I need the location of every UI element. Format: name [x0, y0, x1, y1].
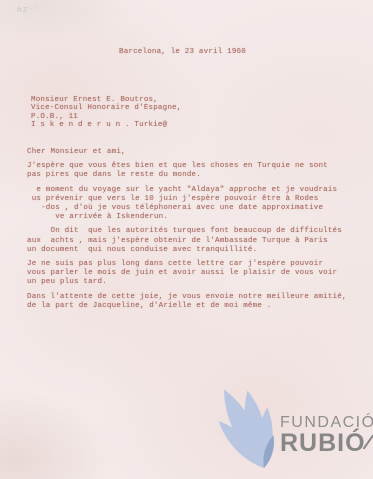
letter-date: Barcelona, le 23 avril 1960 — [119, 48, 246, 57]
letter-line: un document qui nous conduise avec tranq… — [27, 246, 357, 255]
letter-line: un peu plus tard. — [27, 278, 357, 287]
letter-line: de la part de Jacqueline, d'Arielle et d… — [27, 302, 357, 311]
rubio-o-slash-decoration — [362, 435, 373, 450]
letter-line: us prévenir que vers le 10 juin j'espère… — [27, 195, 357, 204]
watermark-text: FUNDACIÓ RUBIÓ — [280, 415, 373, 455]
recipient-address-block: Monsieur Ernest E. Boutros, Vice-Consul … — [31, 96, 181, 130]
letter-line: Dans l'attente de cette joie, je vous en… — [27, 293, 357, 302]
letter-line: aux achts , mais j'espère obtenir de l'A… — [27, 237, 357, 246]
letter-line: pas pires que dans le reste du monde. — [27, 171, 357, 180]
letter-line: On dit que les autorités turques font be… — [27, 227, 357, 236]
paragraph-5: Dans l'attente de cette joie, je vous en… — [27, 293, 357, 311]
paragraph-3: On dit que les autorités turques font be… — [27, 227, 357, 255]
letter-body: Cher Monsieur et ami, J'espère que vous … — [27, 148, 357, 316]
pencil-annotation: hz·· — [17, 4, 41, 15]
paragraph-2: e moment du voyage sur le yacht "Aldaya"… — [27, 186, 357, 223]
letter-line: Je ne suis pas plus long dans cette lett… — [27, 260, 357, 269]
letter-line: -dos , d'où je vous téléphonerai avec un… — [27, 204, 357, 213]
rubio-label-text: RUBIÓ — [280, 429, 366, 457]
paragraph-1: J'espère que vous êtes bien et que les c… — [27, 162, 357, 180]
lotus-flower-icon — [210, 378, 290, 476]
fundacio-label: FUNDACIÓ — [280, 415, 373, 431]
rubio-label: RUBIÓ — [280, 431, 373, 455]
recipient-title: Vice-Consul Honoraire d'Espagne, — [31, 104, 181, 112]
recipient-pobox: P.O.B., 11 — [31, 113, 181, 121]
paragraph-4: Je ne suis pas plus long dans cette lett… — [27, 260, 357, 288]
salutation: Cher Monsieur et ami, — [27, 148, 357, 157]
recipient-city: I s k e n d e r u n . Turkie@ — [31, 121, 181, 129]
letter-line: e moment du voyage sur le yacht "Aldaya"… — [27, 186, 357, 195]
letter-line: ve arrivée à Iskenderun. — [27, 213, 357, 222]
